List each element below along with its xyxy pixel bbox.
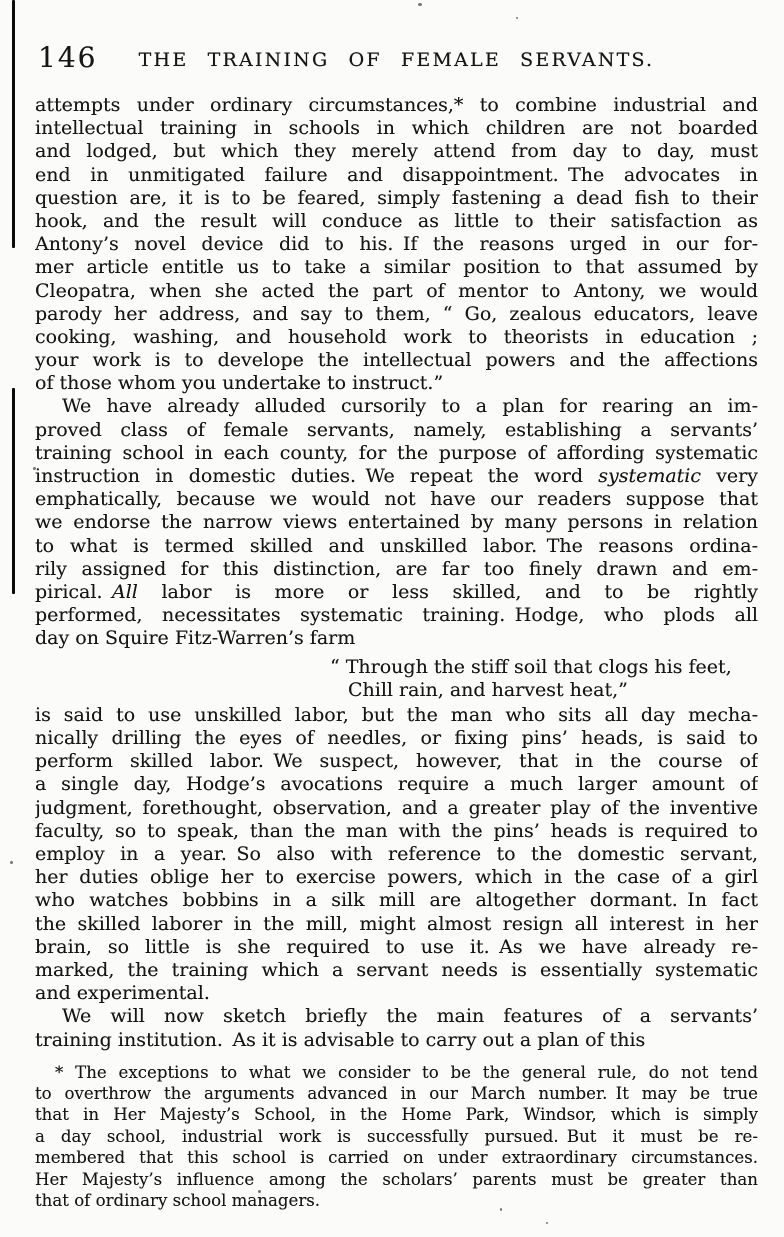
scan-margin-line [12,388,15,594]
text-line: that in Her Majesty’s School, in the Hom… [35,1104,758,1125]
text-line: to what is termed skilled and unskilled … [35,535,758,558]
text-line: we endorse the narrow views entertained … [35,511,758,534]
text-line: a day school, industrial work is success… [35,1126,758,1147]
text-line: judgment, forethought, observation, and … [35,797,758,820]
scan-speck [418,3,422,6]
text-line: who watches bobbins in a silk mill are a… [35,889,758,912]
text-line: hook, and the result will conduce as lit… [35,210,758,233]
text-line: and experimental. [35,982,758,1005]
running-title: THE TRAINING OF FEMALE SERVANTS. [35,50,758,70]
scan-margin-line [12,0,15,248]
text-line: rily assigned for this distinction, are … [35,558,758,581]
text-line: “ Through the stiff soil that clogs his … [330,656,758,679]
text-line: end in unmitigated failure and disappoin… [35,164,758,187]
scanned-book-page: 146 THE TRAINING OF FEMALE SERVANTS. att… [0,0,784,1237]
text-line: a single day, Hodge’s avocations require… [35,773,758,796]
text-line: parody her address, and say to them, “ G… [35,303,758,326]
text-line: that of ordinary school managers. [35,1190,758,1211]
text-line: your work is to develope the intellectua… [35,349,758,372]
text-line: emphatically, because we would not have … [35,488,758,511]
text-line: marked, the training which a servant nee… [35,959,758,982]
text-line: of those whom you undertake to instruct.… [35,372,758,395]
text-line: and lodged, but which they merely attend… [35,140,758,163]
text-line: training institution. As it is advisable… [35,1029,758,1052]
text-line: is said to use unskilled labor, but the … [35,704,758,727]
text-line: employ in a year. So also with reference… [35,843,758,866]
text-line: brain, so little is she required to use … [35,936,758,959]
text-line: cooking, washing, and household work to … [35,326,758,349]
scan-speck [10,861,13,864]
paragraph: attempts under ordinary circumstances,* … [35,94,758,395]
paragraph: We have already alluded cursorily to a p… [35,395,758,650]
text-line: perform skilled labor. We suspect, howev… [35,750,758,773]
text-line: We have already alluded cursorily to a p… [35,395,758,418]
text-line: We will now sketch briefly the main feat… [35,1005,758,1028]
text-line: performed, necessitates systematic train… [35,604,758,627]
text-line: membered that this school is carried on … [35,1147,758,1168]
text-line: faculty, so to speak, than the man with … [35,820,758,843]
text-line: Her Majesty’s influence among the schola… [35,1169,758,1190]
footnote: * The exceptions to what we consider to … [35,1062,758,1212]
body-text-column: attempts under ordinary circumstances,* … [35,94,758,1211]
scan-speck [546,1222,548,1224]
page-header: 146 THE TRAINING OF FEMALE SERVANTS. [35,44,758,74]
paragraph: We will now sketch briefly the main feat… [35,1005,758,1051]
text-line: pirical. All labor is more or less skill… [35,581,758,604]
scan-speck [516,17,518,19]
text-line: question are, it is to be feared, simply… [35,187,758,210]
text-line: nically drilling the eyes of needles, or… [35,727,758,750]
paragraph: is said to use unskilled labor, but the … [35,704,758,1005]
verse-quote: “ Through the stiff soil that clogs his … [330,656,758,702]
text-line: day on Squire Fitz-Warren’s farm [35,627,758,650]
text-line: training school in each county, for the … [35,442,758,465]
text-line: instruction in domestic duties. We repea… [35,465,758,488]
text-line: Antony’s novel device did to his. If the… [35,233,758,256]
text-line: attempts under ordinary circumstances,* … [35,94,758,117]
text-line: intellectual training in schools in whic… [35,117,758,140]
text-line: the skilled laborer in the mill, might a… [35,913,758,936]
text-line: proved class of female servants, namely,… [35,419,758,442]
text-line: * The exceptions to what we consider to … [35,1062,758,1083]
text-line: her duties oblige her to exercise powers… [35,866,758,889]
text-line: mer article entitle us to take a similar… [35,256,758,279]
text-line: Chill rain, and harvest heat,” [330,679,758,702]
text-line: Cleopatra, when she acted the part of me… [35,280,758,303]
text-line: to overthrow the arguments advanced in o… [35,1083,758,1104]
